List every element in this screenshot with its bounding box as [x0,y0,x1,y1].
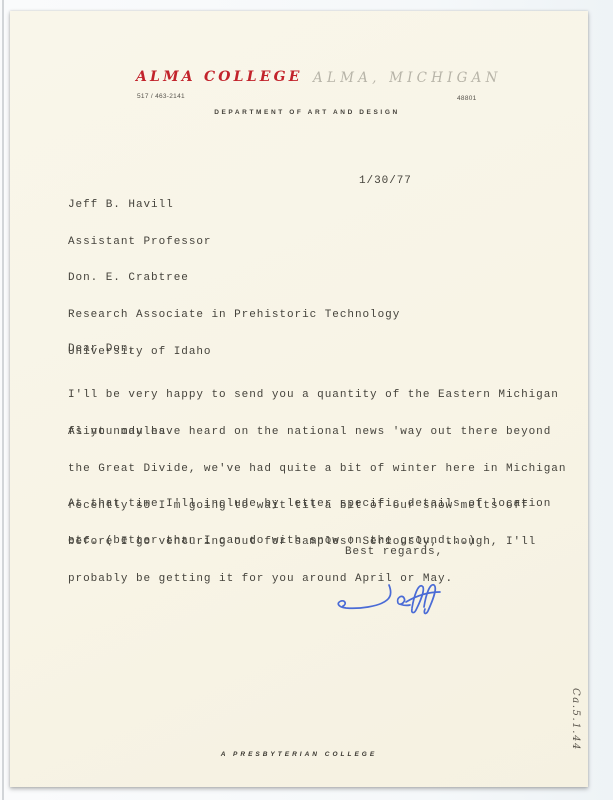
body-line: As you may have heard on the national ne… [68,426,566,438]
letter-date: 1/30/77 [359,175,412,187]
recipient-name: Don. E. Crabtree [68,272,400,284]
signature-handwriting: Jeff [328,582,458,632]
body-line: At that time I'll include by letter spec… [68,498,551,510]
body-line: I'll be very happy to send you a quantit… [68,389,559,401]
body-line: etc. (better than I can do with snow on … [68,535,551,547]
recipient-block: Don. E. Crabtree Research Associate in P… [68,248,400,382]
letterhead-phone: 517 / 463-2141 [137,93,185,100]
letterhead-college-name: ALMA COLLEGE [136,69,303,85]
signature-jeff-ink [328,582,458,632]
letter-paper: ALMA COLLEGE ALMA, MICHIGAN 517 / 463-21… [10,11,588,787]
salutation: Dear Don, [68,343,136,355]
letterhead-footer: A PRESBYTERIAN COLLEGE [10,751,588,758]
catalog-annotation: Ca.5.1.44 [570,688,581,751]
body-paragraph: At that time I'll include by letter spec… [68,474,551,572]
recipient-title: Research Associate in Prehistoric Techno… [68,309,400,321]
body-line: probably be getting it for you around Ap… [68,573,566,585]
letterhead-zip-code: 48801 [457,95,477,102]
letterhead-location: ALMA, MICHIGAN [313,70,502,86]
scanner-edge-line [2,0,4,800]
sender-title: Assistant Professor [68,236,211,248]
letterhead-department: DEPARTMENT OF ART AND DESIGN [10,109,588,116]
closing-line: Best regards, [345,546,443,558]
scanned-letter-screenshot: ALMA COLLEGE ALMA, MICHIGAN 517 / 463-21… [0,0,613,800]
sender-name: Jeff B. Havill [68,199,211,211]
